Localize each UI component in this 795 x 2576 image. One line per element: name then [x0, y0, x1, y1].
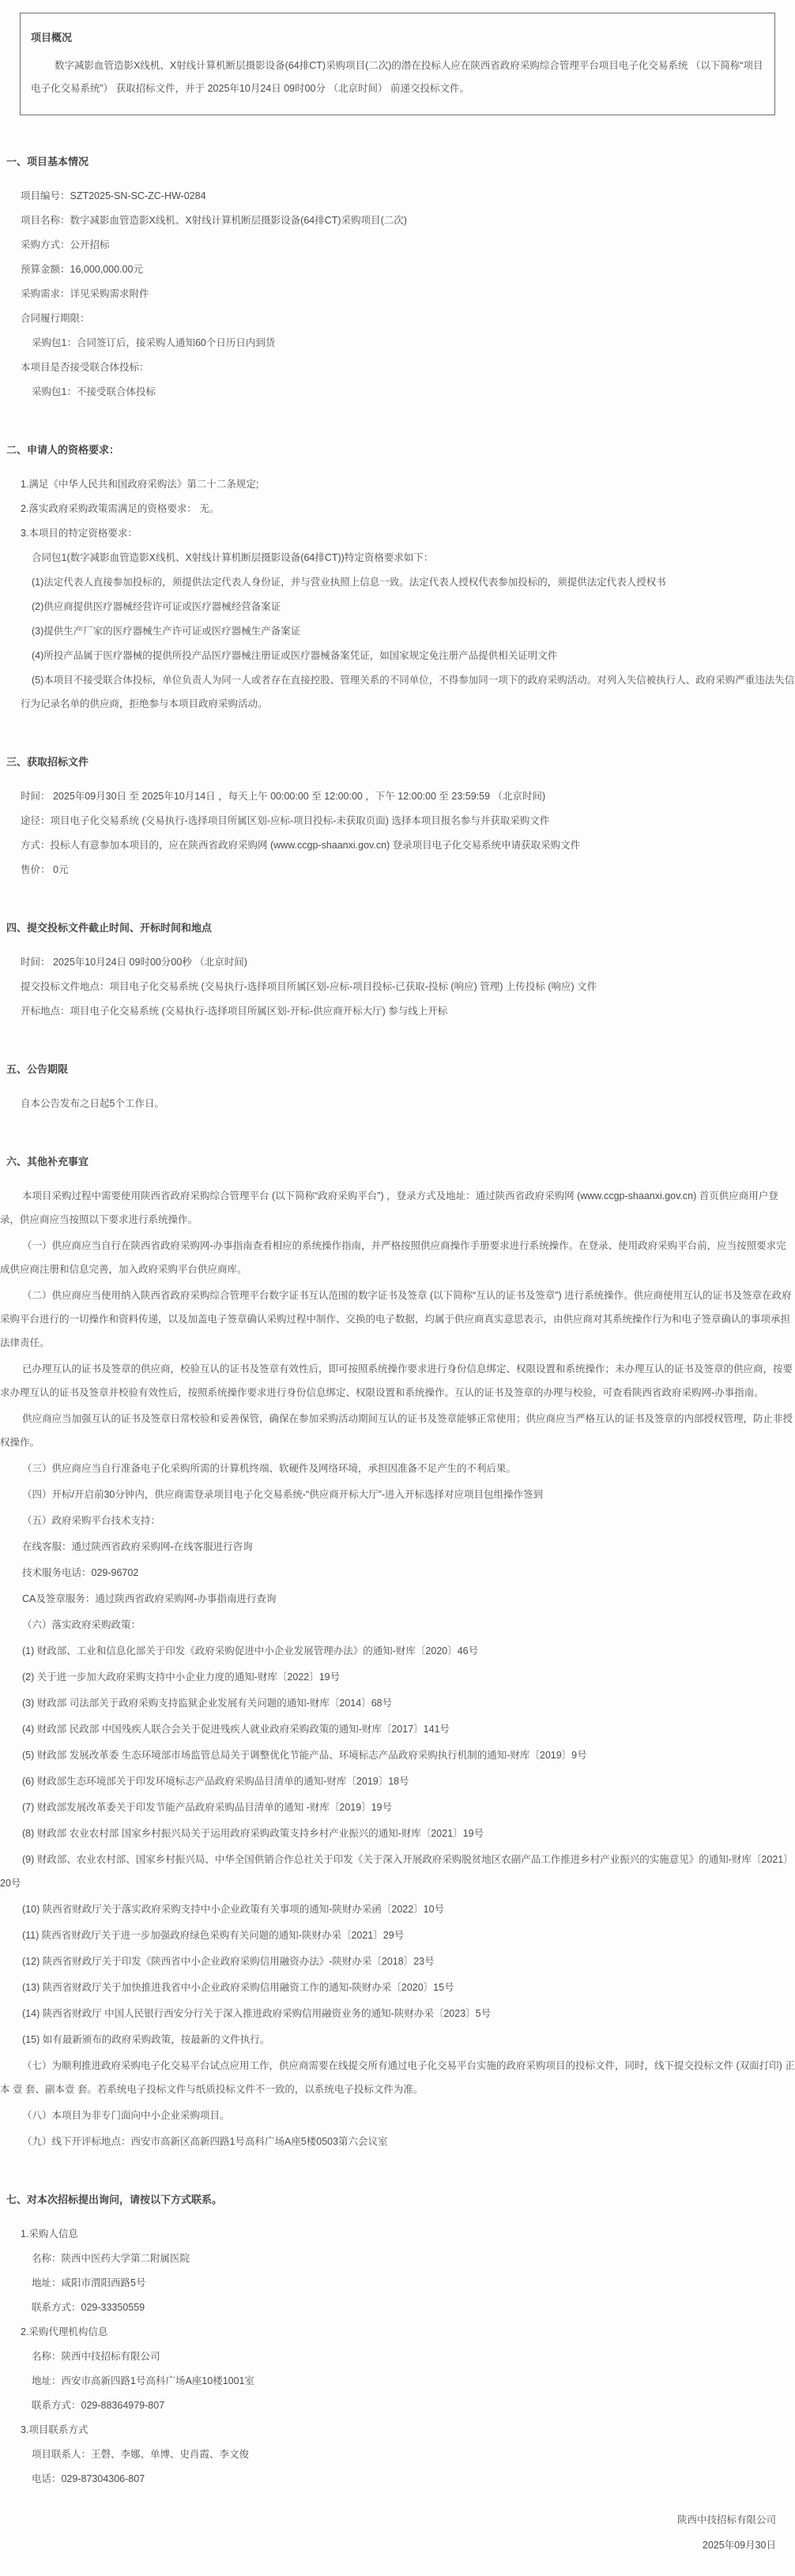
paragraph: （九）线下开评标地点：西安市高新区高新四路1号高科广场A座5楼0503第六会议室 — [0, 2130, 795, 2153]
paragraph: 方式：投标人有意参加本项目的，应在陕西省政府采购网 (www.ccgp-shaa… — [0, 833, 795, 857]
paragraph: 3.项目联系方式 — [0, 2418, 795, 2442]
section-heading: 五、公告期限 — [0, 1058, 795, 1081]
paragraph: (3)提供生产厂家的医疗器械生产许可证或医疗器械生产备案证 — [0, 619, 795, 643]
paragraph: 技术服务电话：029-96702 — [0, 1561, 795, 1585]
paragraph: 本项目采购过程中需要使用陕西省政府采购综合管理平台 (以下简称“政府采购平台”)… — [0, 1184, 795, 1232]
overview-body: 数字减影血管造影X线机、X射线计算机断层摄影设备(64排CT)采购项目(二次)的… — [31, 55, 763, 100]
paragraph: 项目名称：数字减影血管造影X线机、X射线计算机断层摄影设备(64排CT)采购项目… — [0, 209, 795, 232]
document-footer: 陕西中技招标有限公司 2025年09月30日 — [0, 2508, 795, 2557]
paragraph: 时间： 2025年10月24日 09时00分00秒 （北京时间) — [0, 950, 795, 974]
paragraph: 2.采购代理机构信息 — [0, 2320, 795, 2344]
paragraph: （八）本项目为非专门面向中小企业采购项目。 — [0, 2104, 795, 2127]
paragraph: (7) 财政部发展改革委关于印发节能产品政府采购品目清单的通知 -财库〔2019… — [0, 1796, 795, 1819]
paragraph: 开标地点：项目电子化交易系统 (交易执行-选择项目所属区划-开标-供应商开标大厅… — [0, 999, 795, 1023]
paragraph: 合同包1(数字减影血管造影X线机、X射线计算机断层摄影设备(64排CT))特定资… — [0, 546, 795, 570]
paragraph: 电话：029-87304306-807 — [0, 2467, 795, 2491]
paragraph: 本项目是否接受联合体投标： — [0, 355, 795, 379]
paragraph: 提交投标文件地点：项目电子化交易系统 (交易执行-选择项目所属区划-应标-项目投… — [0, 975, 795, 998]
paragraph: (10) 陕西省财政厅关于落实政府采购支持中小企业政策有关事项的通知-陕财办采函… — [0, 1897, 795, 1921]
section-heading: 三、获取招标文件 — [0, 750, 795, 774]
paragraph: 预算金额：16,000,000.00元 — [0, 258, 795, 281]
paragraph: 项目联系人：王磬、李娜、单博、史肖霞、李文俊 — [0, 2442, 795, 2466]
paragraph: （六）落实政府采购政策： — [0, 1613, 795, 1637]
paragraph: (12) 陕西省财政厅关于印发《陕西省中小企业政府采购信用融资办法》-陕财办采〔… — [0, 1950, 795, 1973]
paragraph: 合同履行期限： — [0, 306, 795, 330]
paragraph: 3.本项目的特定资格要求： — [0, 521, 795, 545]
paragraph: 在线客服：通过陕西省政府采购网-在线客服进行咨询 — [0, 1535, 795, 1559]
paragraph: （一）供应商应当自行在陕西省政府采购网-办事指南查看相应的系统操作指南，并严格按… — [0, 1234, 795, 1281]
paragraph: 地址：咸阳市渭阳西路5号 — [0, 2271, 795, 2295]
paragraph: 地址：西安市高新四路1号高科广场A座10楼1001室 — [0, 2369, 795, 2393]
paragraph: 采购需求：详见采购需求附件 — [0, 282, 795, 306]
section-heading: 六、其他补充事宜 — [0, 1150, 795, 1174]
paragraph: 采购包1：不接受联合体投标 — [0, 380, 795, 404]
paragraph: (2) 关于进一步加大政府采购支持中小企业力度的通知-财库〔2022〕19号 — [0, 1665, 795, 1689]
paragraph: （三）供应商应当自行准备电子化采购所需的计算机终端、软硬件及网络环境，承担因准备… — [0, 1457, 795, 1480]
paragraph: （五）政府采购平台技术支持： — [0, 1509, 795, 1532]
paragraph: (5)本项目不接受联合体投标，单位负责人为同一人或者存在直接控股、管理关系的不同… — [0, 668, 795, 716]
paragraph: （四）开标/开启前30分钟内，供应商需登录项目电子化交易系统-“供应商开标大厅”… — [0, 1483, 795, 1506]
paragraph: (1)法定代表人直接参加投标的，须提供法定代表人身份证，并与营业执照上信息一致。… — [0, 570, 795, 594]
section-heading: 一、项目基本情况 — [0, 150, 795, 174]
paragraph: 采购包1：合同签订后，接采购人通知60个日历日内到货 — [0, 331, 795, 355]
paragraph: (6) 财政部生态环境部关于印发环境标志产品政府采购品目清单的通知-财库〔201… — [0, 1769, 795, 1793]
paragraph: 项目编号：SZT2025-SN-SC-ZC-HW-0284 — [0, 184, 795, 208]
paragraph: (11) 陕西省财政厅关于进一步加强政府绿色采购有关问题的通知-陕财办采〔202… — [0, 1924, 795, 1947]
paragraph: (5) 财政部 发展改革委 生态环境部市场监管总局关于调整优化节能产品、环境标志… — [0, 1743, 795, 1767]
paragraph: 名称：陕西中技招标有限公司 — [0, 2345, 795, 2368]
paragraph: 2.落实政府采购政策需满足的资格要求： 无。 — [0, 497, 795, 521]
tender-announcement-page: 项目概况 数字减影血管造影X线机、X射线计算机断层摄影设备(64排CT)采购项目… — [0, 0, 795, 2576]
paragraph: (3) 财政部 司法部关于政府采购支持监狱企业发展有关问题的通知-财库〔2014… — [0, 1691, 795, 1715]
paragraph: 已办理互认的证书及签章的供应商，校验互认的证书及签章有效性后，即可按照系统操作要… — [0, 1357, 795, 1405]
paragraph: (15) 如有最新颁布的政府采购政策，按最新的文件执行。 — [0, 2028, 795, 2051]
paragraph: CA及签章服务：通过陕西省政府采购网-办事指南进行查询 — [0, 1587, 795, 1611]
paragraph: 1.满足《中华人民共和国政府采购法》第二十二条规定; — [0, 472, 795, 496]
paragraph: 采购方式：公开招标 — [0, 233, 795, 257]
paragraph: 1.采购人信息 — [0, 2222, 795, 2246]
paragraph: 供应商应当加强互认的证书及签章日常校验和妥善保管，确保在参加采购活动期间互认的证… — [0, 1407, 795, 1454]
paragraph: (13) 陕西省财政厅关于加快推进我省中小企业政府采购信用融资工作的通知-陕财办… — [0, 1976, 795, 1999]
document-body: 一、项目基本情况项目编号：SZT2025-SN-SC-ZC-HW-0284项目名… — [0, 150, 795, 2491]
section-heading: 七、对本次招标提出询问，请按以下方式联系。 — [0, 2188, 795, 2212]
paragraph: (14) 陕西省财政厅 中国人民银行西安分行关于深入推进政府采购信用融资业务的通… — [0, 2002, 795, 2025]
paragraph: (4) 财政部 民政部 中国残疾人联合会关于促进残疾人就业政府采购政策的通知-财… — [0, 1717, 795, 1741]
paragraph: 自本公告发布之日起5个工作日。 — [0, 1092, 795, 1115]
paragraph: (4)所投产品属于医疗器械的提供所投产品医疗器械注册证或医疗器械备案凭证，如国家… — [0, 644, 795, 668]
paragraph: (9) 财政部、农业农村部、国家乡村振兴局、中华全国供销合作总社关于印发《关于深… — [0, 1848, 795, 1895]
paragraph: (1) 财政部、工业和信息化部关于印发《政府采购促进中小企业发展管理办法》的通知… — [0, 1639, 795, 1663]
footer-date: 2025年09月30日 — [0, 2533, 776, 2557]
section-heading: 二、申请人的资格要求： — [0, 438, 795, 462]
paragraph: (8) 财政部 农业农村部 国家乡村振兴局关于运用政府采购政策支持乡村产业振兴的… — [0, 1822, 795, 1845]
paragraph: (2)供应商提供医疗器械经营许可证或医疗器械经营备案证 — [0, 595, 795, 619]
overview-title: 项目概况 — [31, 26, 763, 50]
footer-agency-name: 陕西中技招标有限公司 — [0, 2508, 776, 2532]
section-heading: 四、提交投标文件截止时间、开标时间和地点 — [0, 916, 795, 940]
paragraph: 联系方式：029-88364979-807 — [0, 2394, 795, 2417]
paragraph: 途径：项目电子化交易系统 (交易执行-选择项目所属区划-应标-项目投标-未获取页… — [0, 809, 795, 833]
paragraph: 售价： 0元 — [0, 858, 795, 882]
paragraph: 联系方式：029-33350559 — [0, 2296, 795, 2319]
paragraph: 时间： 2025年09月30日 至 2025年10月14日 ，每天上午 00:0… — [0, 784, 795, 808]
paragraph: （七）为顺利推进政府采购电子化交易平台试点应用工作，供应商需要在线提交所有通过电… — [0, 2054, 795, 2101]
paragraph: （二）供应商应当使用纳入陕西省政府采购综合管理平台数字证书互认范围的数字证书及签… — [0, 1284, 795, 1355]
paragraph: 名称：陕西中医药大学第二附属医院 — [0, 2247, 795, 2270]
project-overview-box: 项目概况 数字减影血管造影X线机、X射线计算机断层摄影设备(64排CT)采购项目… — [20, 13, 775, 115]
